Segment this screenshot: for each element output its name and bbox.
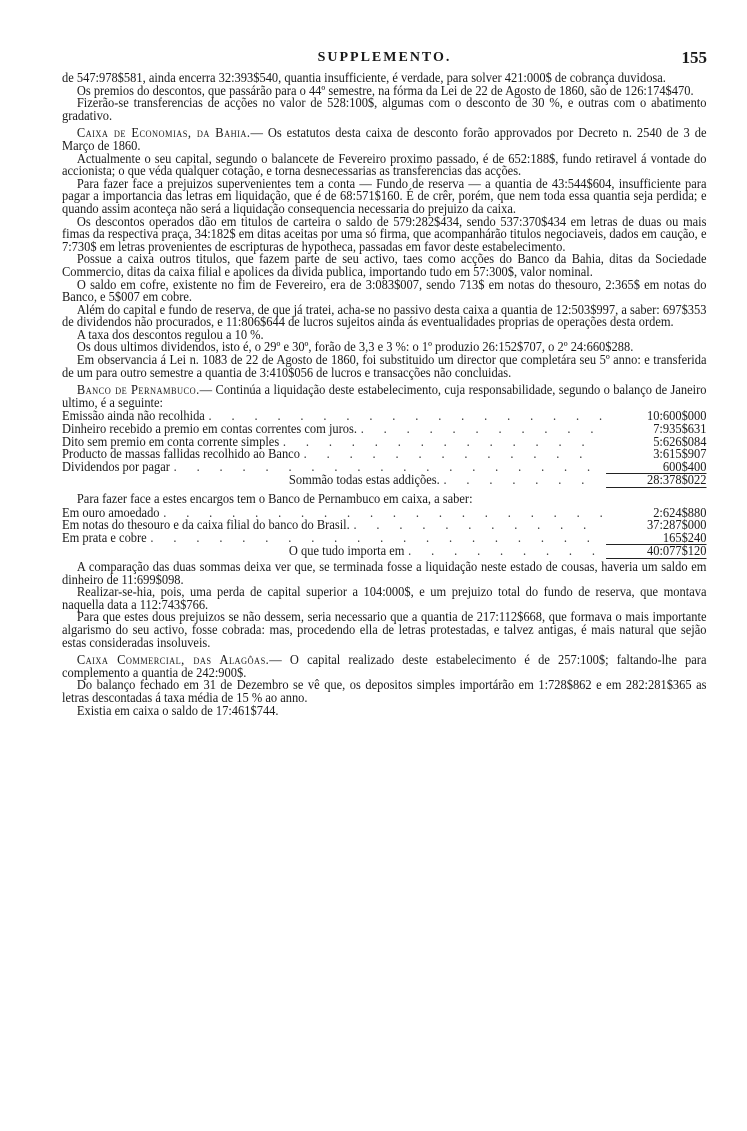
ledger-total-label: Sommão todas estas addições. <box>62 474 440 487</box>
leader-dots: . . . . . . . . . . . . . . . . . . . . … <box>443 474 602 487</box>
ledger-label: Em prata e cobre <box>62 532 147 545</box>
paragraph: Em observancia á Lei n. 1083 de 22 de Ag… <box>62 354 706 379</box>
ledger-label: Dividendos por pagar <box>62 461 170 474</box>
liabilities-ledger: Emissão ainda não recolhida. . . . . . .… <box>62 410 706 488</box>
paragraph: Para fazer face a estes encargos tem o B… <box>62 493 706 506</box>
ledger-row: Em notas do thesouro e da caixa filial d… <box>62 519 706 532</box>
leader-dots: . . . . . . . . . . . . . . . . . . . . … <box>283 436 602 449</box>
document-page: SUPPLEMENTO. 155 de 547:978$581, ainda e… <box>62 50 707 717</box>
paragraph: O saldo em cofre, existente no fim de Fe… <box>62 279 706 304</box>
ledger-total-label: O que tudo importa em <box>62 545 404 558</box>
paragraph: Realizar-se-hia, pois, uma perda de capi… <box>62 586 706 611</box>
leader-dots: . . . . . . . . . . . . . . . . . . . . … <box>304 448 603 461</box>
paragraph: Fizerão-se transferencias de acções no v… <box>62 97 706 122</box>
leader-dots: . . . . . . . . . . . . . . . . . . . . … <box>353 519 602 532</box>
section-alagoas-lead: Caixa Commercial, das Alagôas.— O capita… <box>62 654 706 679</box>
ledger-total-amount: 40:077$120 <box>606 544 706 559</box>
paragraph: Os descontos operados dão em titulos de … <box>62 216 706 254</box>
ledger-total-row: Sommão todas estas addições.. . . . . . … <box>62 473 706 488</box>
running-head: SUPPLEMENTO. <box>62 50 707 66</box>
paragraph: Existia em caixa o saldo de 17:461$744. <box>62 705 706 718</box>
paragraph: A comparação das duas sommas deixa ver q… <box>62 561 706 586</box>
paragraph: Além do capital e fundo de reserva, de q… <box>62 304 706 329</box>
paragraph: Possue a caixa outros titulos, que fazem… <box>62 253 706 278</box>
body-text: de 547:978$581, ainda encerra 32:393$540… <box>62 72 706 717</box>
section-pernambuco-lead: Banco de Pernambuco.— Continúa a liquida… <box>62 384 706 409</box>
ledger-total-row: O que tudo importa em. . . . . . . . . .… <box>62 544 706 559</box>
paragraph: Actualmente o seu capital, segundo o bal… <box>62 153 706 178</box>
paragraph: Para que estes dous prejuizos se não des… <box>62 611 706 649</box>
leader-dots: . . . . . . . . . . . . . . . . . . . . … <box>408 545 602 558</box>
assets-ledger: Em ouro amoedado. . . . . . . . . . . . … <box>62 507 706 559</box>
ledger-total-amount: 28:378$022 <box>606 473 706 488</box>
page-number: 155 <box>682 48 708 68</box>
section-bahia-lead: Caixa de Economias, da Bahia.— Os estatu… <box>62 127 706 152</box>
leader-dots: . . . . . . . . . . . . . . . . . . . . … <box>361 423 603 436</box>
paragraph: Para fazer face a prejuizos supervenient… <box>62 178 706 216</box>
paragraph: Do balanço fechado em 31 de Dezembro se … <box>62 679 706 704</box>
page-header: SUPPLEMENTO. 155 <box>62 50 707 72</box>
